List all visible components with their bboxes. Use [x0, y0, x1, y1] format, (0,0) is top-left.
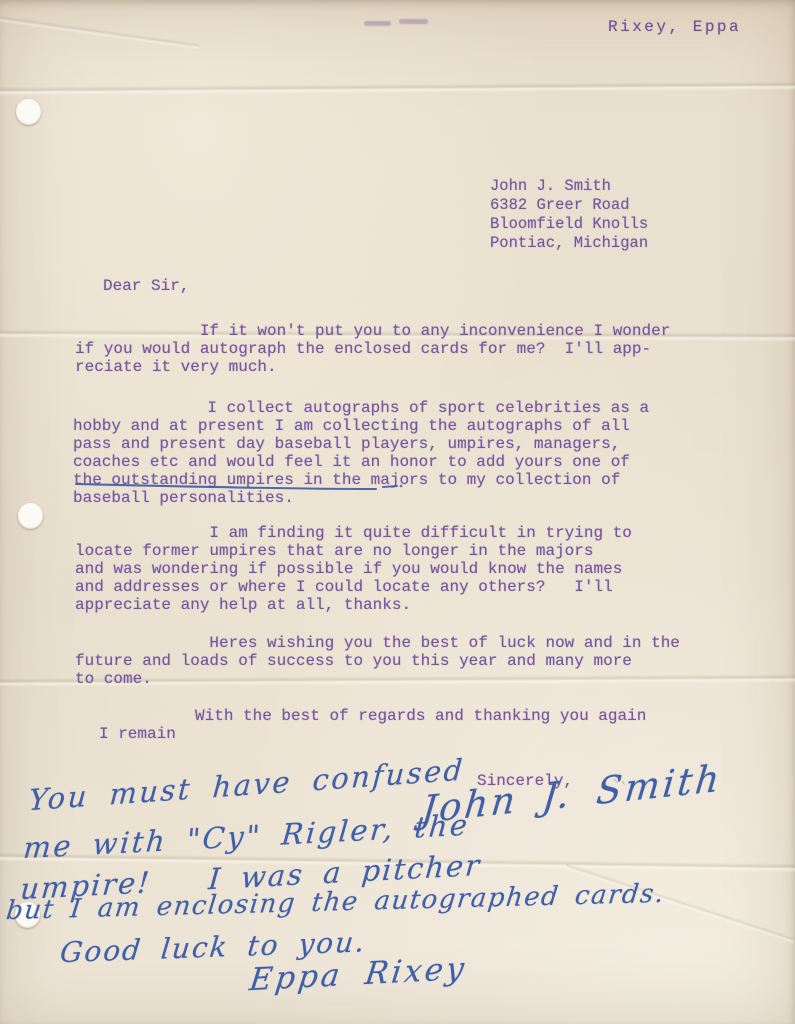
letter-paragraph-3: I am finding it quite difficult in tryin…	[75, 524, 632, 614]
letter-paragraph-5: With the best of regards and thanking yo…	[99, 707, 646, 743]
smudge-mark	[399, 19, 428, 24]
recipient-address: John J. Smith 6382 Greer Road Bloomfield…	[490, 177, 648, 253]
archive-label: Rixey, Eppa	[608, 18, 741, 36]
letter-paragraph-2: I collect autographs of sport celebritie…	[73, 399, 649, 507]
note-line: You must have confused	[28, 753, 466, 818]
fold-crease	[0, 81, 795, 96]
scanned-letter-page: Rixey, Eppa John J. Smith 6382 Greer Roa…	[0, 0, 795, 1024]
letter-paragraph-4: Heres wishing you the best of luck now a…	[75, 634, 680, 688]
salutation: Dear Sir,	[103, 277, 189, 295]
punch-hole	[16, 99, 41, 125]
paper-wrinkle	[0, 13, 199, 51]
smudge-mark	[364, 21, 391, 26]
letter-paragraph-1: If it won't put you to any inconvenience…	[75, 322, 670, 376]
punch-hole	[18, 503, 43, 529]
